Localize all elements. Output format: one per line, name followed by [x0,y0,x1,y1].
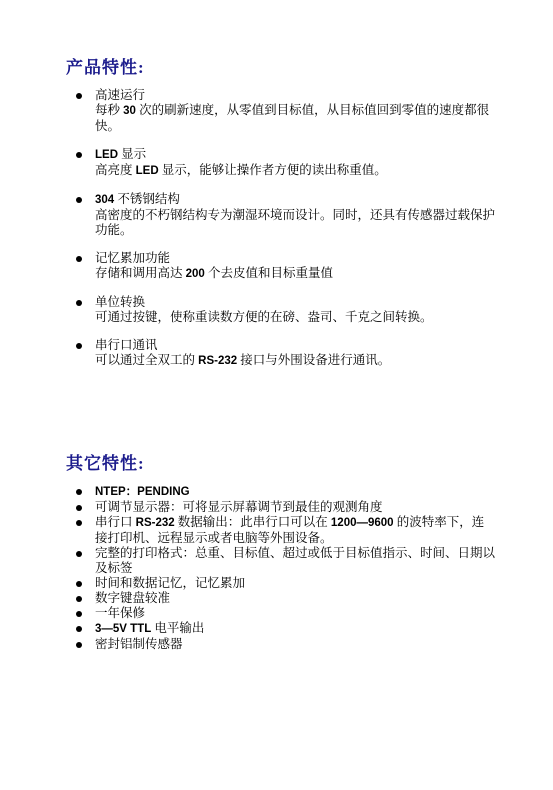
feature-text: 一年保修 [95,606,495,621]
feature-text: 串行口 RS-232 数据输出：此串行口可以在 1200—9600 的波特率下，… [95,515,495,546]
feature-item: 3—5V TTL 电平输出 [66,621,495,637]
feature-text: 单位转换可通过按键，使称重读数方便的在磅、盎司、千克之间转换。 [95,295,495,325]
feature-text: LED 显示高亮度 LED 显示，能够让操作者方便的读出称重值。 [95,147,495,179]
text-segment: 高密度的不朽钢结构专为潮湿环境而设计。同时，还具有传感器过载保护功能。 [95,208,495,237]
text-line: 高亮度 LED 显示，能够让操作者方便的读出称重值。 [95,163,495,179]
text-line: 串行口通讯 [95,338,495,353]
text-segment: 个去皮值和目标重量值 [205,266,333,280]
text-line: 数字键盘较准 [95,591,495,606]
feature-text: 串行口通讯可以通过全双工的 RS-232 接口与外围设备进行通讯。 [95,338,495,369]
text-segment: 记忆累加功能 [95,251,170,265]
bullet-icon [76,93,82,99]
text-line: 高密度的不朽钢结构专为潮湿环境而设计。同时，还具有传感器过载保护功能。 [95,208,495,238]
bullet-icon [76,611,82,617]
bullet-icon [76,300,82,306]
feature-text: 数字键盘较准 [95,591,495,606]
bold-text-segment: LED [95,149,118,161]
bullet-icon [76,596,82,602]
text-line: 记忆累加功能 [95,251,495,266]
text-line: 单位转换 [95,295,495,310]
bullet-icon [76,489,82,495]
bold-text-segment: LED [136,165,159,177]
feature-text: 完整的打印格式：总重、目标值、超过或低于目标值指示、时间、日期以及标签 [95,546,495,576]
other-feature-list: NTEP：PENDING可调节显示器：可将显示屏幕调节到最佳的观测角度串行口 R… [66,484,495,652]
feature-text: NTEP：PENDING [95,484,495,500]
bullet-icon [76,520,82,526]
feature-item: 时间和数据记忆，记忆累加 [66,576,495,591]
bold-text-segment: 30 [123,105,136,117]
text-line: NTEP：PENDING [95,484,495,500]
bold-text-segment: NTEP：PENDING [95,486,190,498]
bullet-icon [76,642,82,648]
text-segment: 一年保修 [95,606,145,620]
feature-item: 单位转换可通过按键，使称重读数方便的在磅、盎司、千克之间转换。 [66,295,495,325]
text-segment: 高亮度 [95,163,136,177]
bullet-icon [76,551,82,557]
feature-item: 数字键盘较准 [66,591,495,606]
text-line: 完整的打印格式：总重、目标值、超过或低于目标值指示、时间、日期以及标签 [95,546,495,576]
bold-text-segment: 1200—9600 [331,517,394,529]
text-segment: 数据输出：此串行口可以在 [175,515,331,529]
text-segment: 时间和数据记忆，记忆累加 [95,576,245,590]
bold-text-segment: 304 [95,194,114,206]
page-content: 产品特性: 高速运行每秒 30 次的刷新速度，从零值到目标值，从目标值回到零值的… [0,0,553,652]
bullet-icon [76,197,82,203]
feature-item: 串行口 RS-232 数据输出：此串行口可以在 1200—9600 的波特率下，… [66,515,495,546]
text-segment: 每秒 [95,103,123,117]
text-segment: 接口与外围设备进行通讯。 [237,353,390,367]
feature-text: 高速运行每秒 30 次的刷新速度，从零值到目标值，从目标值回到零值的速度都很快。 [95,88,495,134]
text-line: 可通过按键，使称重读数方便的在磅、盎司、千克之间转换。 [95,310,495,325]
product-feature-list: 高速运行每秒 30 次的刷新速度，从零值到目标值，从目标值回到零值的速度都很快。… [66,88,495,369]
bold-text-segment: 200 [186,268,205,280]
text-segment: 可通过按键，使称重读数方便的在磅、盎司、千克之间转换。 [95,310,433,324]
text-line: 存储和调用高达 200 个去皮值和目标重量值 [95,266,495,282]
section-product-features: 产品特性: 高速运行每秒 30 次的刷新速度，从零值到目标值，从目标值回到零值的… [66,57,495,369]
bold-text-segment: RS-232 [136,517,175,529]
feature-item: 一年保修 [66,606,495,621]
bullet-icon [76,256,82,262]
bullet-icon [76,505,82,511]
text-line: 串行口 RS-232 数据输出：此串行口可以在 1200—9600 的波特率下，… [95,515,495,546]
feature-text: 密封铝制传感器 [95,637,495,652]
text-segment: 不锈钢结构 [114,192,180,206]
section-title-product-features: 产品特性: [66,57,495,79]
feature-text: 时间和数据记忆，记忆累加 [95,576,495,591]
text-segment: 显示，能够让操作者方便的读出称重值。 [159,163,387,177]
feature-item: 串行口通讯可以通过全双工的 RS-232 接口与外围设备进行通讯。 [66,338,495,369]
text-line: 可调节显示器：可将显示屏幕调节到最佳的观测角度 [95,500,495,515]
bold-text-segment: RS-232 [198,355,237,367]
text-segment: 高速运行 [95,88,145,102]
text-line: 密封铝制传感器 [95,637,495,652]
text-segment: 显示 [118,147,146,161]
text-segment: 完整的打印格式：总重、目标值、超过或低于目标值指示、时间、日期以及标签 [95,546,495,575]
text-segment: 可调节显示器：可将显示屏幕调节到最佳的观测角度 [95,500,383,514]
text-segment: 串行口 [95,515,136,529]
feature-item: 完整的打印格式：总重、目标值、超过或低于目标值指示、时间、日期以及标签 [66,546,495,576]
text-segment: 串行口通讯 [95,338,158,352]
text-line: 每秒 30 次的刷新速度，从零值到目标值，从目标值回到零值的速度都很快。 [95,103,495,134]
document-page: 产品特性: 高速运行每秒 30 次的刷新速度，从零值到目标值，从目标值回到零值的… [0,0,553,790]
bullet-icon [76,152,82,158]
text-segment: 数字键盘较准 [95,591,170,605]
bullet-icon [76,343,82,349]
feature-item: NTEP：PENDING [66,484,495,500]
text-line: 304 不锈钢结构 [95,192,495,208]
feature-text: 304 不锈钢结构高密度的不朽钢结构专为潮湿环境而设计。同时，还具有传感器过载保… [95,192,495,238]
feature-item: 可调节显示器：可将显示屏幕调节到最佳的观测角度 [66,500,495,515]
text-segment: 次的刷新速度，从零值到目标值，从目标值回到零值的速度都很快。 [95,103,489,133]
feature-item: 304 不锈钢结构高密度的不朽钢结构专为潮湿环境而设计。同时，还具有传感器过载保… [66,192,495,238]
feature-text: 记忆累加功能存储和调用高达 200 个去皮值和目标重量值 [95,251,495,282]
bold-text-segment: 3—5V TTL [95,623,151,635]
text-line: LED 显示 [95,147,495,163]
text-segment: 电平输出 [151,621,204,635]
feature-item: 高速运行每秒 30 次的刷新速度，从零值到目标值，从目标值回到零值的速度都很快。 [66,88,495,134]
text-line: 3—5V TTL 电平输出 [95,621,495,637]
text-segment: 密封铝制传感器 [95,637,183,651]
section-title-other-features: 其它特性: [66,453,495,475]
text-line: 时间和数据记忆，记忆累加 [95,576,495,591]
text-line: 可以通过全双工的 RS-232 接口与外围设备进行通讯。 [95,353,495,369]
feature-item: LED 显示高亮度 LED 显示，能够让操作者方便的读出称重值。 [66,147,495,179]
feature-item: 记忆累加功能存储和调用高达 200 个去皮值和目标重量值 [66,251,495,282]
feature-text: 3—5V TTL 电平输出 [95,621,495,637]
feature-item: 密封铝制传感器 [66,637,495,652]
bullet-icon [76,581,82,587]
text-segment: 可以通过全双工的 [95,353,198,367]
feature-text: 可调节显示器：可将显示屏幕调节到最佳的观测角度 [95,500,495,515]
bullet-icon [76,626,82,632]
section-other-features: 其它特性: NTEP：PENDING可调节显示器：可将显示屏幕调节到最佳的观测角… [66,453,495,652]
text-segment: 存储和调用高达 [95,266,186,280]
text-line: 一年保修 [95,606,495,621]
text-line: 高速运行 [95,88,495,103]
text-segment: 单位转换 [95,295,145,309]
